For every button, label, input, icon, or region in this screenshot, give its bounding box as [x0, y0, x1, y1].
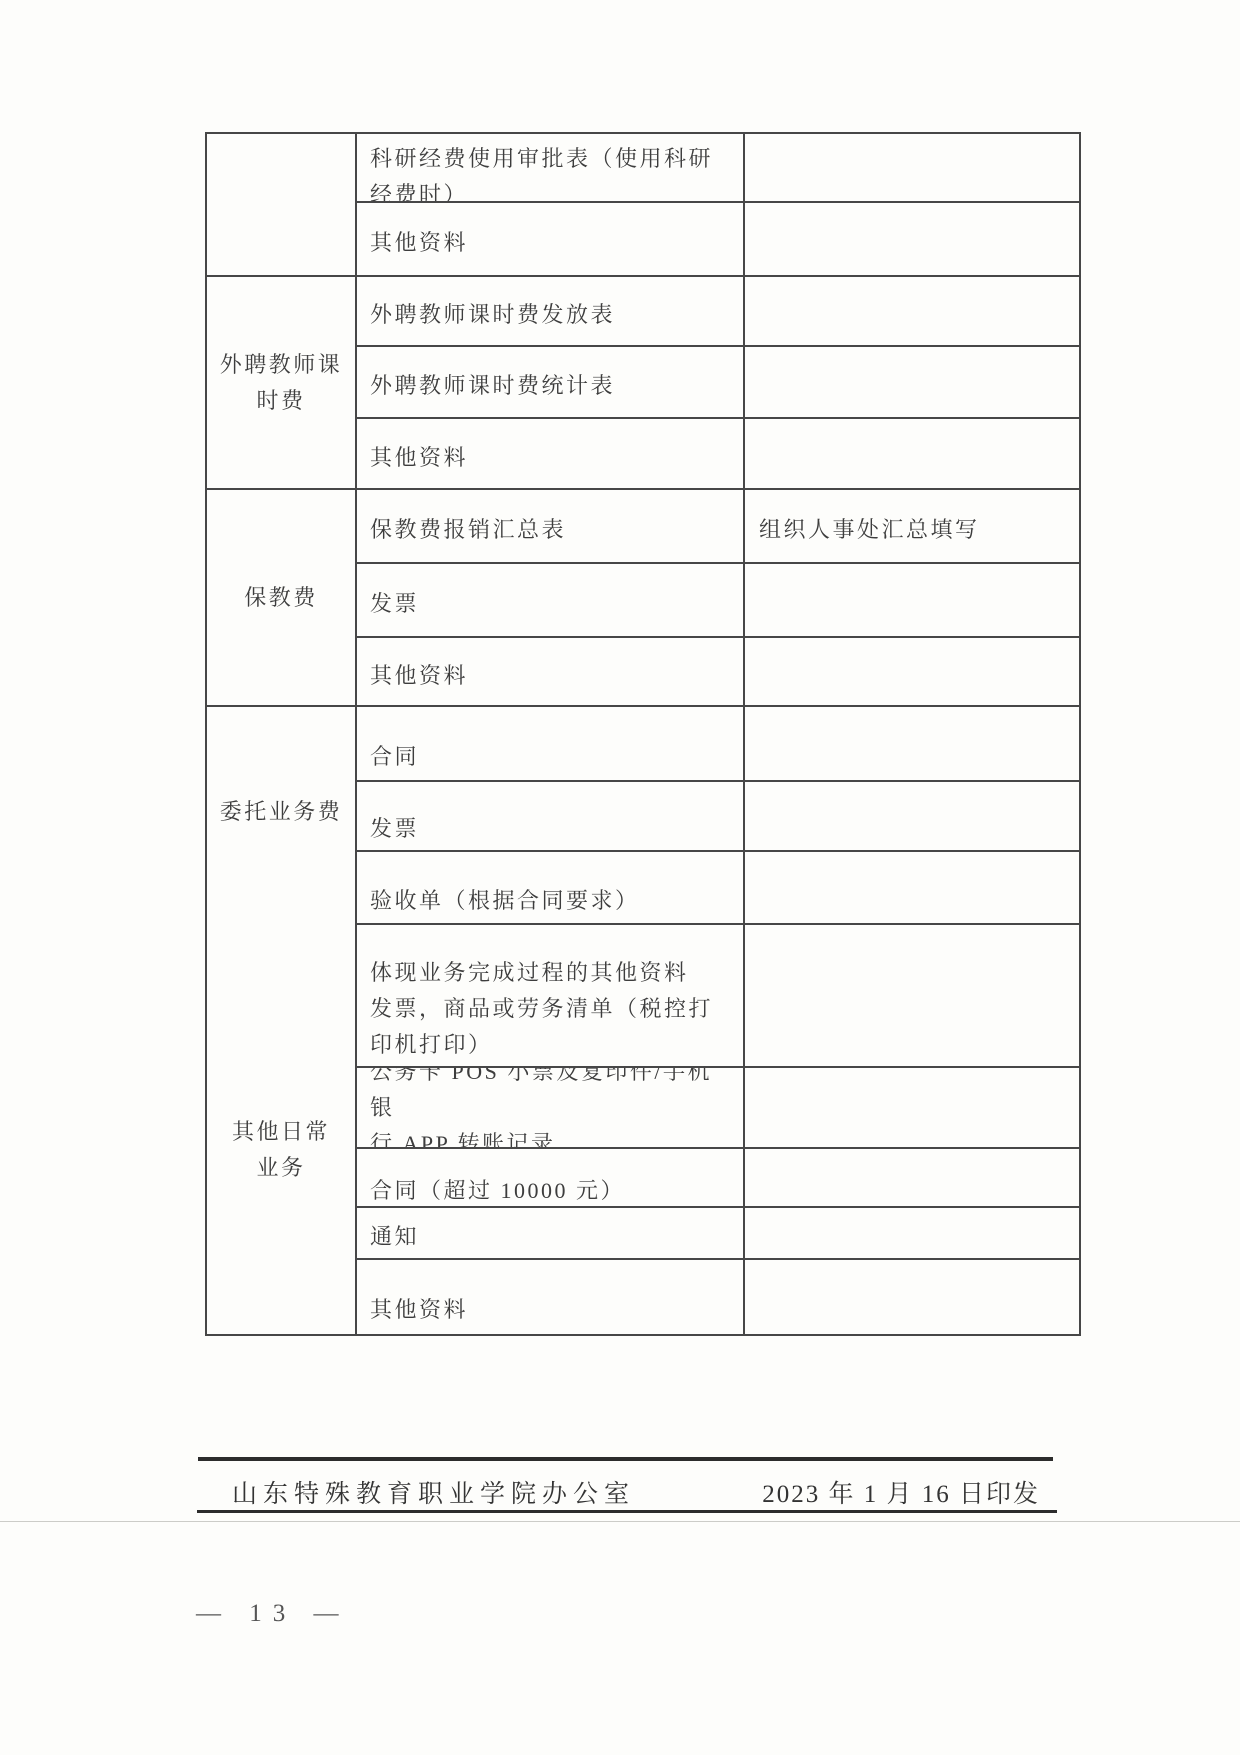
scan-artifact-line [0, 1521, 1240, 1522]
doc-text: 体现业务完成过程的其他资料 发票，商品或劳务清单（税控打 印机打印） [370, 955, 713, 1063]
issuing-office: 山东特殊教育职业学院办公室 [198, 1474, 635, 1510]
note-text: 组织人事处汇总填写 [759, 512, 980, 548]
doc-cell: 其他资料 [357, 638, 745, 707]
doc-text: 其他资料 [370, 1292, 468, 1328]
doc-text: 发票 [370, 586, 419, 622]
doc-cell: 外聘教师课时费发放表 [357, 277, 745, 347]
note-cell: 组织人事处汇总填写 [745, 490, 1079, 564]
note-cell [745, 1208, 1079, 1260]
category-label: 保教费 [244, 580, 318, 616]
doc-text: 通知 [370, 1219, 419, 1255]
footer-imprint: 山东特殊教育职业学院办公室 2023 年 1 月 16 日印发 [198, 1474, 1058, 1510]
reimbursement-materials-table: 外聘教师课 时费 保教费 委托业务费 其他日常 业务 科研经费使用审批表（使用科… [205, 132, 1081, 1336]
doc-cell: 外聘教师课时费统计表 [357, 347, 745, 419]
category-cell-empty [207, 134, 357, 277]
page-number: — 13 — [196, 1600, 350, 1628]
note-cell [745, 277, 1079, 347]
issue-date: 2023 年 1 月 16 日印发 [762, 1474, 1058, 1510]
footer-rule-thick [198, 1457, 1053, 1461]
note-cell [745, 203, 1079, 277]
doc-cell: 其他资料 [357, 419, 745, 490]
doc-cell: 合同 [357, 707, 745, 782]
note-cell [745, 852, 1079, 925]
doc-cell: 科研经费使用审批表（使用科研 经费时） [357, 134, 745, 203]
category-cell-care-education-fee: 保教费 [207, 490, 357, 707]
doc-cell: 体现业务完成过程的其他资料 发票，商品或劳务清单（税控打 印机打印） [357, 925, 745, 1068]
note-cell [745, 347, 1079, 419]
category-cell-entrusted-and-daily-business: 委托业务费 其他日常 业务 [207, 707, 357, 1334]
doc-cell: 其他资料 [357, 203, 745, 277]
doc-cell: 公务卡 POS 小票及复印件/手机银 行 APP 转账记录 [357, 1068, 745, 1149]
doc-text: 其他资料 [370, 658, 468, 694]
note-cell [745, 419, 1079, 490]
doc-text: 合同 [370, 739, 419, 775]
doc-text: 外聘教师课时费统计表 [370, 368, 615, 404]
doc-text: 科研经费使用审批表（使用科研 经费时） [370, 141, 713, 203]
note-cell [745, 638, 1079, 707]
category-label-entrusted-business-fee: 委托业务费 [207, 794, 355, 830]
doc-cell: 验收单（根据合同要求） [357, 852, 745, 925]
doc-cell: 保教费报销汇总表 [357, 490, 745, 564]
doc-cell: 合同（超过 10000 元） [357, 1149, 745, 1208]
note-cell [745, 1149, 1079, 1208]
doc-cell: 其他资料 [357, 1260, 745, 1334]
note-cell [745, 707, 1079, 782]
doc-cell: 发票 [357, 564, 745, 638]
note-cell [745, 925, 1079, 1068]
doc-text: 外聘教师课时费发放表 [370, 297, 615, 333]
note-cell [745, 134, 1079, 203]
note-cell [745, 564, 1079, 638]
doc-text: 保教费报销汇总表 [370, 512, 566, 548]
note-cell [745, 1068, 1079, 1149]
doc-text: 其他资料 [370, 440, 468, 476]
doc-text: 其他资料 [370, 225, 468, 261]
doc-cell: 发票 [357, 782, 745, 852]
doc-cell: 通知 [357, 1208, 745, 1260]
doc-text: 发票 [370, 811, 419, 847]
document-page: 外聘教师课 时费 保教费 委托业务费 其他日常 业务 科研经费使用审批表（使用科… [0, 0, 1240, 1755]
doc-text: 公务卡 POS 小票及复印件/手机银 行 APP 转账记录 [370, 1068, 733, 1149]
category-label-other-daily-business: 其他日常 业务 [207, 1114, 355, 1186]
category-cell-external-teacher-fee: 外聘教师课 时费 [207, 277, 357, 490]
note-cell [745, 782, 1079, 852]
doc-text: 合同（超过 10000 元） [370, 1173, 625, 1209]
note-cell [745, 1260, 1079, 1334]
category-label: 外聘教师课 时费 [220, 347, 343, 419]
doc-text: 验收单（根据合同要求） [370, 883, 640, 919]
footer-rule-thin [197, 1510, 1057, 1513]
